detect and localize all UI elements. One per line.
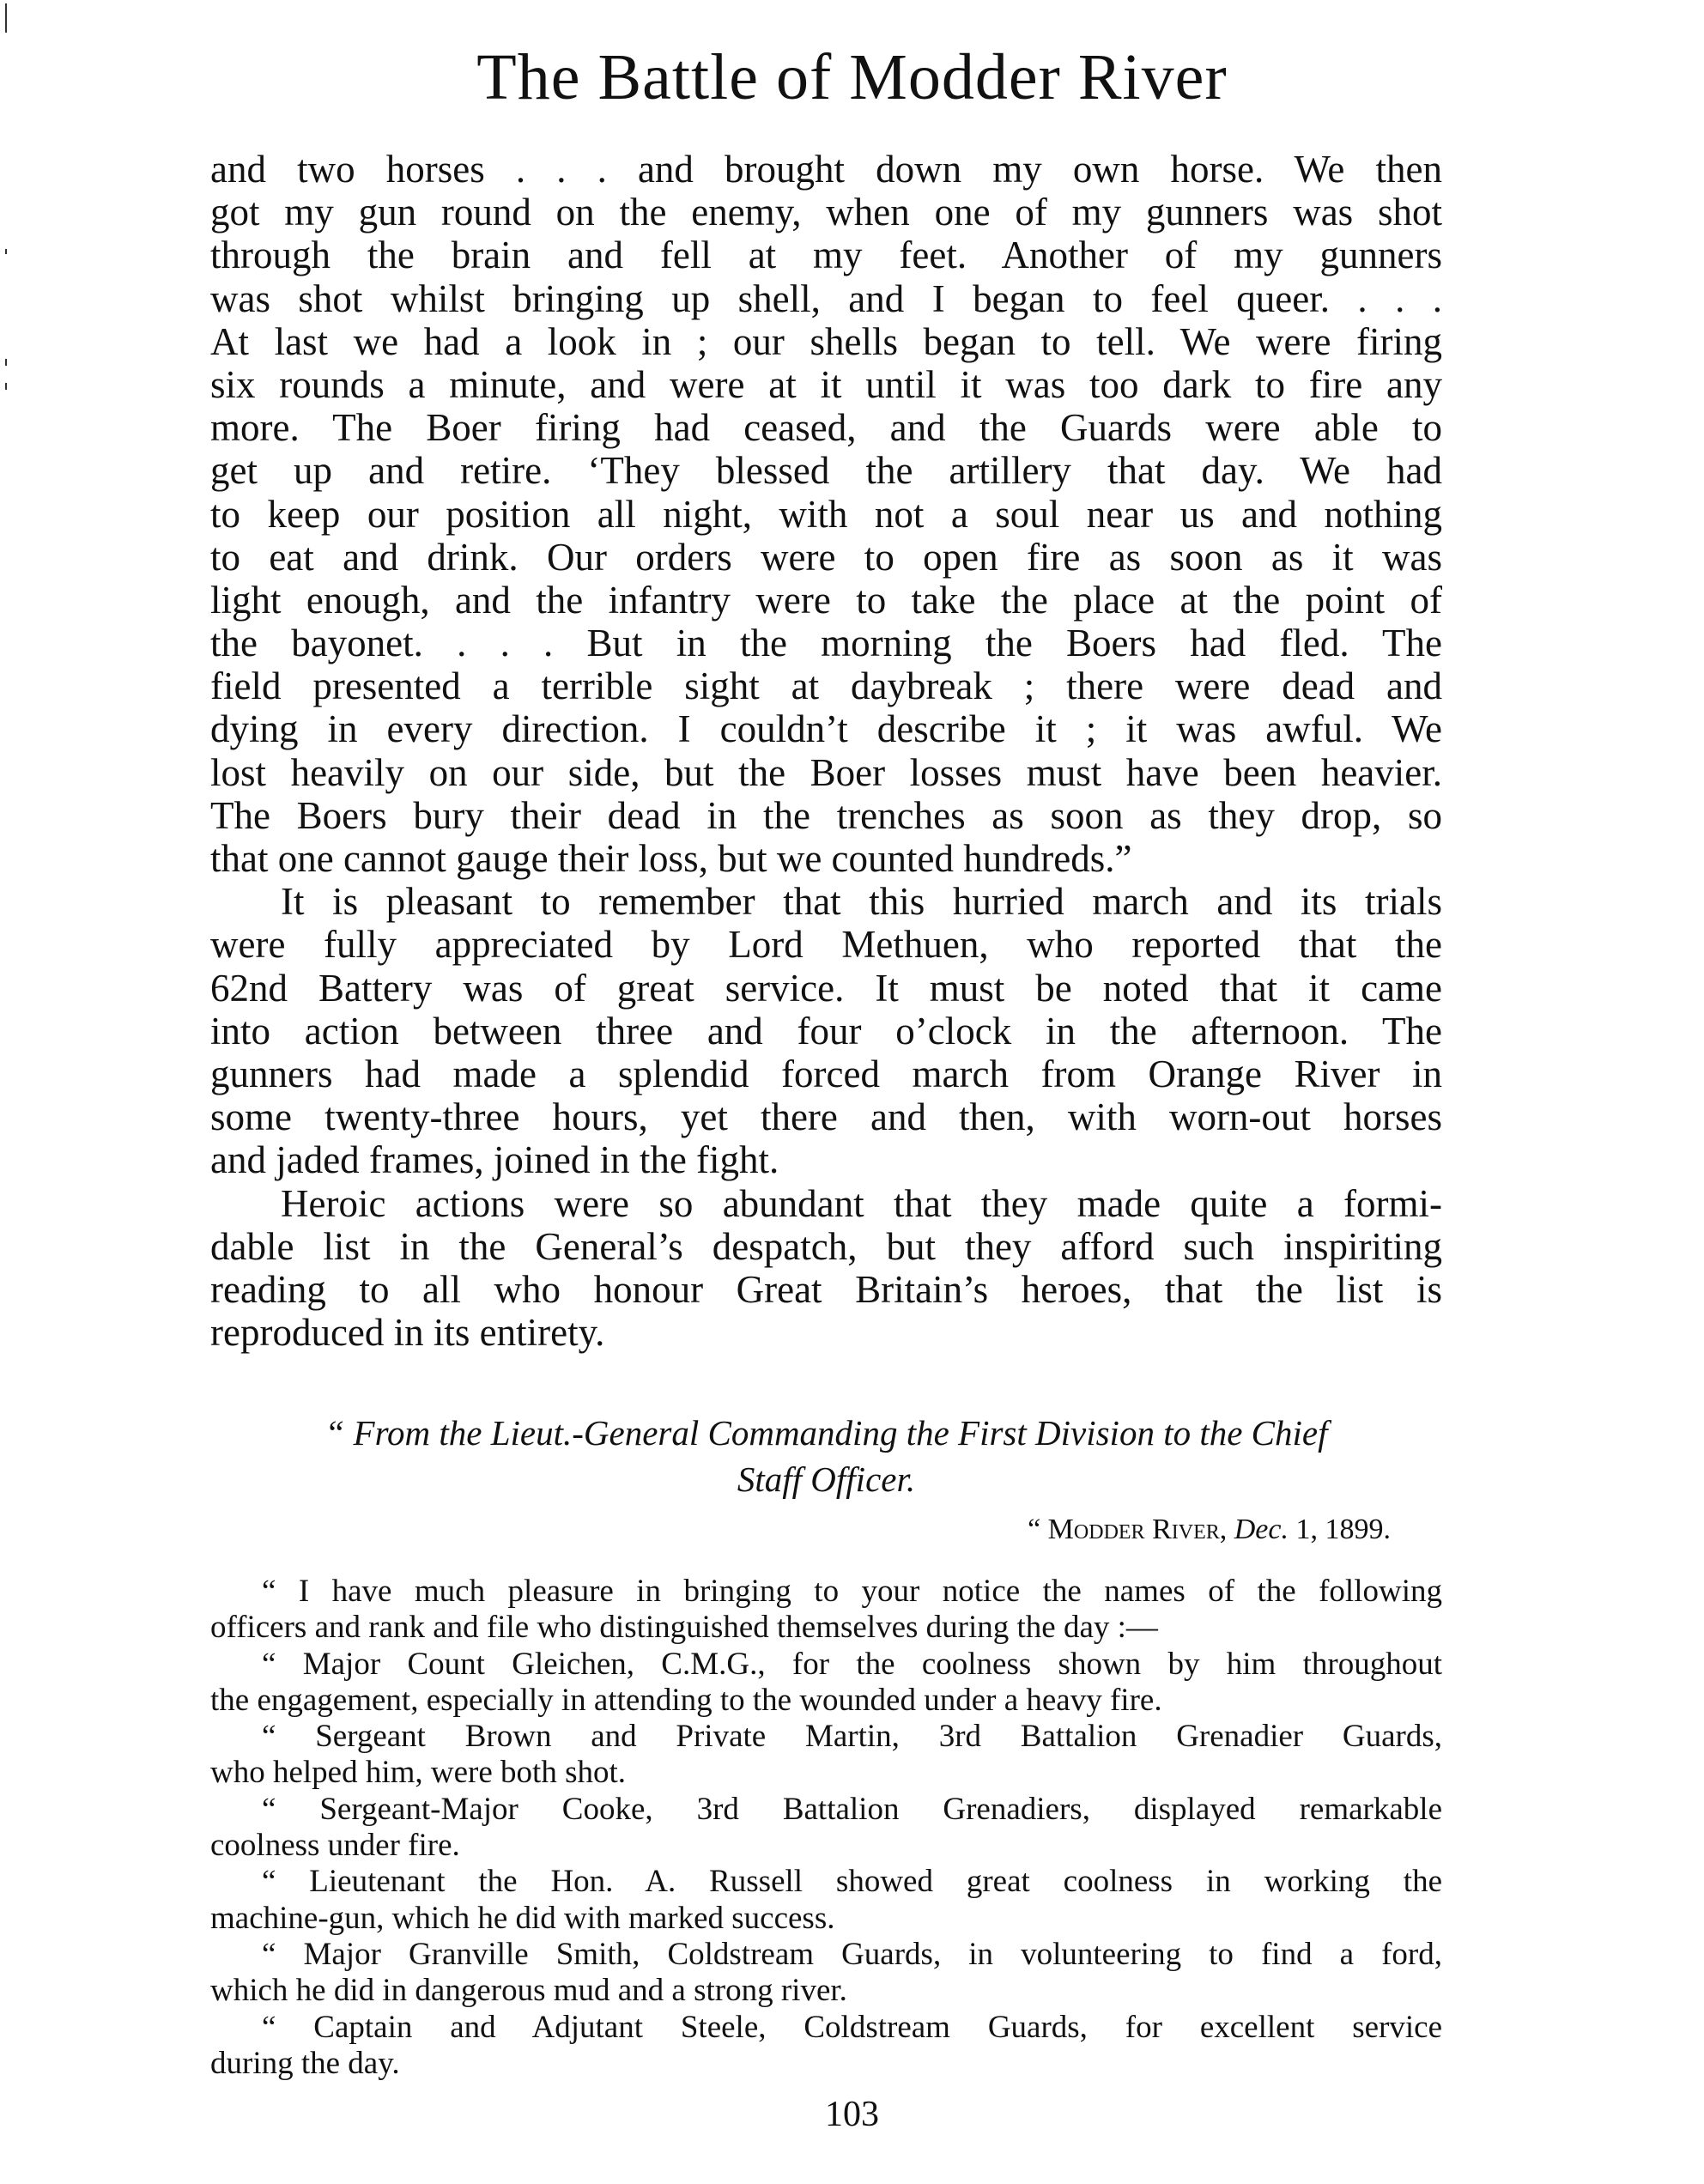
text-line: 62nd Battery was of great service. It mu… — [210, 967, 1442, 1010]
text-line: and jaded frames, joined in the fight. — [210, 1138, 1442, 1181]
despatch-line: “ Captain and Adjutant Steele, Coldstrea… — [210, 2010, 1442, 2046]
text-line: got my gun round on the enemy, when one … — [210, 191, 1442, 234]
text-line: reading to all who honour Great Britain’… — [210, 1268, 1442, 1311]
despatch-line: which he did in dangerous mud and a stro… — [210, 1973, 1442, 2009]
despatch-line: officers and rank and file who distingui… — [210, 1610, 1442, 1646]
text-line: At last we had a look in ; our shells be… — [210, 320, 1442, 363]
despatch-line: machine-gun, which he did with marked su… — [210, 1901, 1442, 1937]
text-line: that one cannot gauge their loss, but we… — [210, 837, 1442, 880]
despatch-line: “ Sergeant-Major Cooke, 3rd Battalion Gr… — [210, 1792, 1442, 1828]
dateline-comma: , — [1220, 1514, 1234, 1545]
despatch-line: “ I have much pleasure in bringing to yo… — [210, 1574, 1442, 1610]
text-line: and two horses . . . and brought down my… — [210, 148, 1442, 191]
dateline-month: Dec. — [1234, 1514, 1289, 1545]
text-line: six rounds a minute, and were at it unti… — [210, 363, 1442, 406]
text-line: more. The Boer firing had ceased, and th… — [210, 406, 1442, 449]
text-line: dable list in the General’s despatch, bu… — [210, 1225, 1442, 1268]
despatch-line: “ Sergeant Brown and Private Martin, 3rd… — [210, 1719, 1442, 1755]
text-line: light enough, and the infantry were to t… — [210, 579, 1442, 622]
main-text: and two horses . . . and brought down my… — [210, 148, 1442, 1354]
paragraph-start-line: Heroic actions were so abundant that the… — [210, 1182, 1442, 1225]
despatch-line: “ Major Count Gleichen, C.M.G., for the … — [210, 1647, 1442, 1683]
running-head: The Battle of Modder River — [0, 34, 1704, 120]
scan-edge-mark — [5, 359, 7, 366]
scan-edge-mark — [5, 3, 7, 33]
dateline-quote: “ — [1028, 1514, 1048, 1545]
dateline-date: 1, 1899. — [1289, 1514, 1391, 1545]
page-number: 103 — [0, 2093, 1704, 2136]
despatch-line: coolness under fire. — [210, 1828, 1442, 1864]
text-line: lost heavily on our side, but the Boer l… — [210, 751, 1442, 794]
despatch-text: “ I have much pleasure in bringing to yo… — [210, 1574, 1442, 2082]
despatch-heading-line: “ From the Lieut.-General Commanding the… — [210, 1410, 1442, 1456]
text-line: dying in every direction. I couldn’t des… — [210, 707, 1442, 750]
scan-edge-mark — [5, 383, 7, 390]
despatch-line: “ Lieutenant the Hon. A. Russell showed … — [210, 1864, 1442, 1900]
text-line: gunners had made a splendid forced march… — [210, 1053, 1442, 1095]
text-line: through the brain and fell at my feet. A… — [210, 234, 1442, 276]
text-line: The Boers bury their dead in the trenche… — [210, 794, 1442, 837]
despatch-line: who helped him, were both shot. — [210, 1755, 1442, 1791]
text-line: to keep our position all night, with not… — [210, 493, 1442, 536]
text-line: the bayonet. . . . But in the morning th… — [210, 622, 1442, 664]
text-line: to eat and drink. Our orders were to ope… — [210, 536, 1442, 579]
despatch-heading: “ From the Lieut.-General Commanding the… — [210, 1410, 1442, 1502]
despatch-line: “ Major Granville Smith, Coldstream Guar… — [210, 1937, 1442, 1973]
despatch-heading-line: Staff Officer. — [210, 1456, 1442, 1502]
text-line: some twenty-three hours, yet there and t… — [210, 1095, 1442, 1138]
dateline-place: Modder River — [1048, 1514, 1220, 1545]
despatch-line: the engagement, especially in attending … — [210, 1683, 1442, 1719]
text-line: reproduced in its entirety. — [210, 1311, 1442, 1354]
text-line: field presented a terrible sight at dayb… — [210, 664, 1442, 707]
scan-edge-mark — [5, 249, 7, 254]
text-line: were fully appreciated by Lord Methuen, … — [210, 923, 1442, 966]
paragraph-start-line: It is pleasant to remember that this hur… — [210, 880, 1442, 923]
despatch-line: during the day. — [210, 2046, 1442, 2082]
text-line: get up and retire. ‘They blessed the art… — [210, 449, 1442, 492]
text-line: was shot whilst bringing up shell, and I… — [210, 277, 1442, 320]
despatch-dateline: “ Modder River, Dec. 1, 1899. — [210, 1511, 1391, 1549]
text-line: into action between three and four o’clo… — [210, 1010, 1442, 1053]
